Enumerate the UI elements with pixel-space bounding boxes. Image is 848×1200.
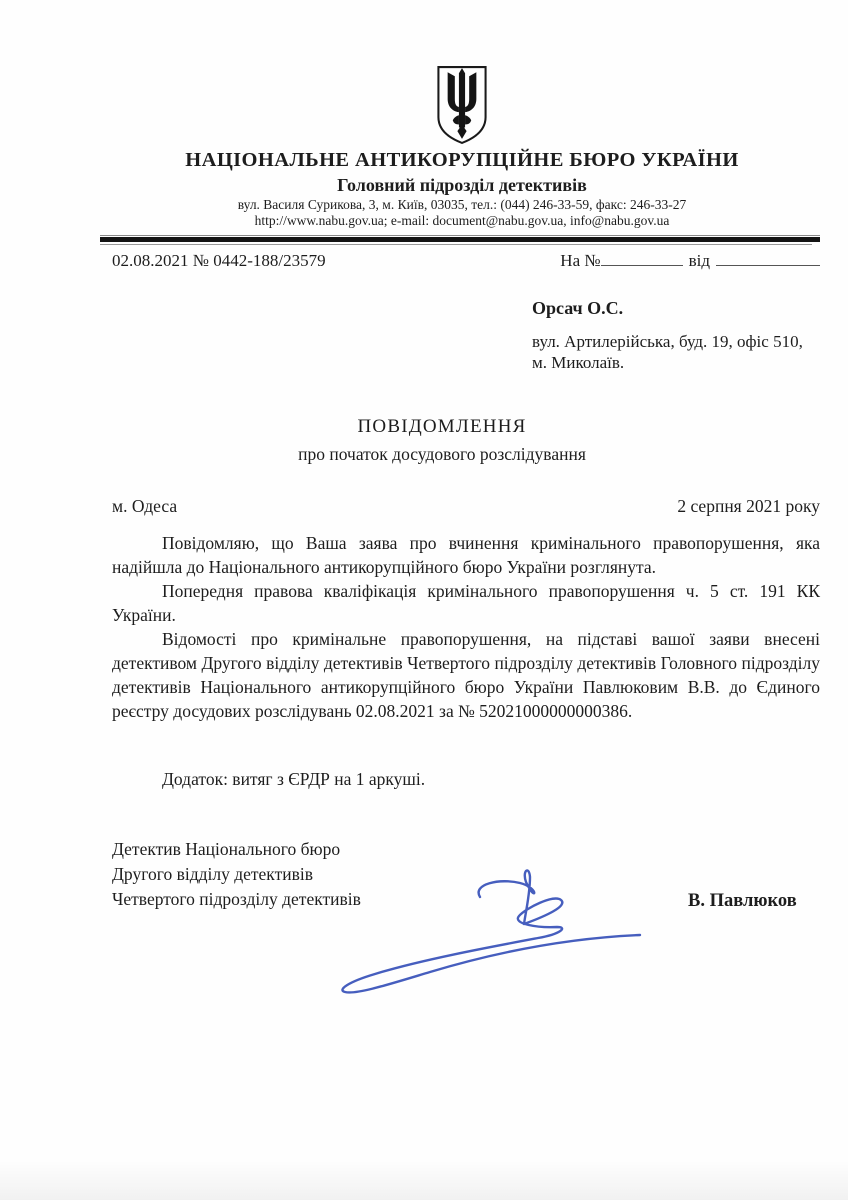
incoming-label-na: На № — [560, 251, 600, 270]
signer-name: В. Павлюков — [688, 891, 797, 912]
body-paragraph-2: Попередня правова кваліфікація криміналь… — [112, 579, 820, 627]
dateline-date: 2 серпня 2021 року — [677, 495, 820, 517]
org-name: НАЦІОНАЛЬНЕ АНТИКОРУПЦІЙНЕ БЮРО УКРАЇНИ — [104, 148, 820, 173]
signer-position-line3: Четвертого підрозділу детективів — [112, 887, 452, 912]
recipient-name: Орсач О.С. — [532, 298, 822, 318]
attachment-line: Додаток: витяг з ЄРДР на 1 аркуші. — [112, 768, 820, 790]
document-title: ПОВІДОМЛЕННЯ про початок досудового розс… — [112, 415, 772, 465]
header-rule-thin-top — [100, 235, 820, 236]
header-rule — [100, 235, 820, 245]
body-text: Повідомляю, що Ваша заява про вчинення к… — [112, 531, 820, 723]
outgoing-number: 02.08.2021 № 0442-188/23579 — [112, 250, 326, 271]
header-rule-thick — [100, 237, 820, 242]
body-paragraph-1: Повідомляю, що Ваша заява про вчинення к… — [112, 531, 820, 579]
dateline-place: м. Одеса — [112, 495, 177, 517]
recipient-block: Орсач О.С. вул. Артилерійська, буд. 19, … — [532, 298, 822, 373]
letterhead: НАЦІОНАЛЬНЕ АНТИКОРУПЦІЙНЕ БЮРО УКРАЇНИ … — [104, 0, 820, 228]
header-rule-thin-bottom — [100, 244, 812, 245]
incoming-number-blank — [601, 251, 683, 266]
signer-position-block: Детектив Національного бюро Другого відд… — [112, 837, 452, 912]
signer-position-line1: Детектив Національного бюро — [112, 837, 452, 862]
incoming-label-vid: від — [689, 251, 710, 270]
ukraine-trident-emblem-icon — [434, 64, 490, 146]
dateline-row: м. Одеса 2 серпня 2021 року — [112, 495, 820, 517]
title-main: ПОВІДОМЛЕННЯ — [112, 415, 772, 439]
signer-position-line2: Другого відділу детективів — [112, 862, 452, 887]
title-subtitle: про початок досудового розслідування — [112, 443, 772, 465]
org-contacts: http://www.nabu.gov.ua; e-mail: document… — [104, 213, 820, 228]
scanned-letter-page: НАЦІОНАЛЬНЕ АНТИКОРУПЦІЙНЕ БЮРО УКРАЇНИ … — [0, 0, 848, 1200]
division-name: Головний підрозділ детективів — [104, 173, 820, 197]
org-address: вул. Василя Сурикова, 3, м. Київ, 03035,… — [104, 197, 820, 213]
incoming-reference: На №від — [560, 250, 820, 271]
body-paragraph-3: Відомості про кримінальне правопорушення… — [112, 627, 820, 723]
recipient-address-line1: вул. Артилерійська, буд. 19, офіс 510, — [532, 331, 822, 352]
recipient-address-line2: м. Миколаїв. — [532, 352, 822, 373]
incoming-date-blank — [716, 251, 820, 266]
reference-row: 02.08.2021 № 0442-188/23579 На №від — [112, 250, 820, 271]
recipient-address: вул. Артилерійська, буд. 19, офіс 510, м… — [532, 331, 822, 373]
